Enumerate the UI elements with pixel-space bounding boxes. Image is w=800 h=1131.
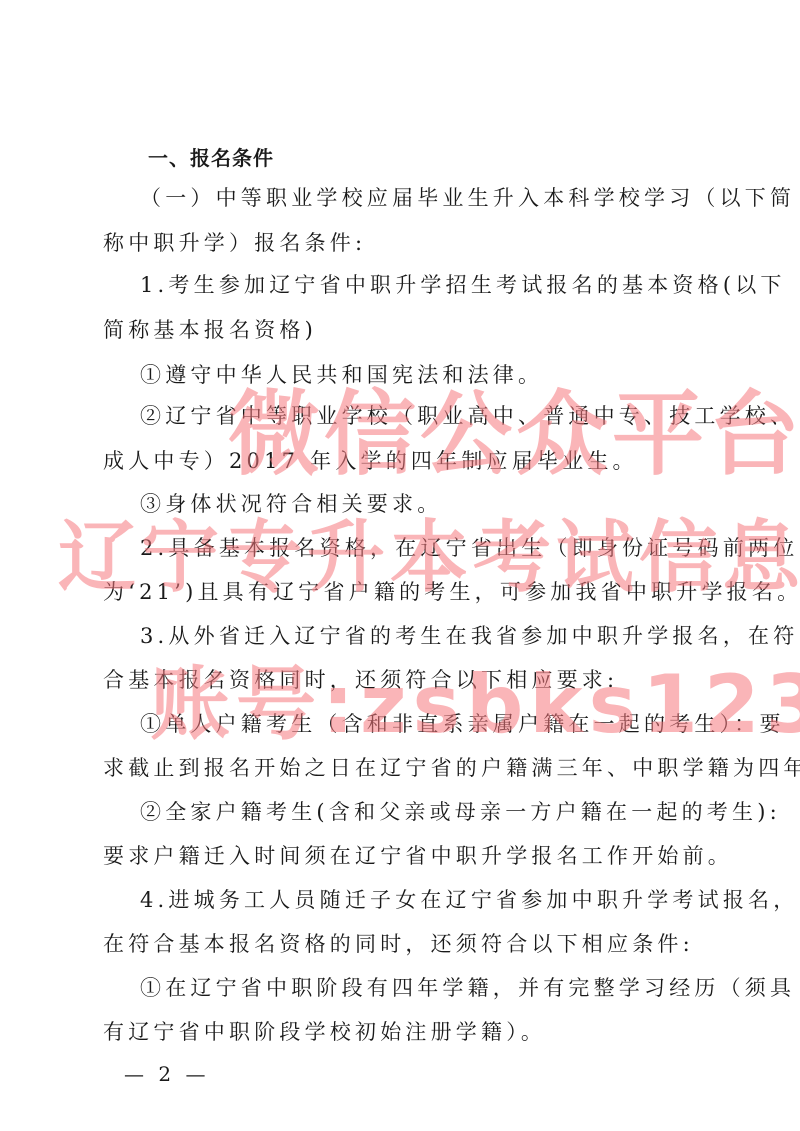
- paragraph-line: 成人中专）2017 年入学的四年制应届毕业生。: [103, 448, 638, 474]
- paragraph-line: 合基本报名资格同时，还须符合以下相应要求:: [103, 667, 618, 693]
- paragraph-line: 3.从外省迁入辽宁省的考生在我省参加中职升学报名，在符: [140, 623, 798, 649]
- paragraph-line: 为‘21’)且具有辽宁省户籍的考生，可参加我省中职升学报名。: [103, 579, 800, 605]
- paragraph-line: ②全家户籍考生(含和父亲或母亲一方户籍在一起的考生):: [140, 799, 781, 825]
- paragraph-line: 4.进城务工人员随迁子女在辽宁省参加中职升学考试报名，: [140, 887, 798, 913]
- section-heading: 一、报名条件: [148, 145, 274, 171]
- paragraph-line: 简称基本报名资格): [103, 317, 317, 343]
- paragraph-line: ①单人户籍考生（含和非直系亲属户籍在一起的考生）：要: [140, 711, 785, 737]
- paragraph-line: ①遵守中华人民共和国宪法和法律。: [140, 362, 543, 388]
- paragraph-line: ①在辽宁省中职阶段有四年学籍，并有完整学习经历（须具: [140, 975, 795, 1001]
- paragraph-line: 1.考生参加辽宁省中职升学招生考试报名的基本资格(以下: [140, 272, 786, 298]
- paragraph-line: （一）中等职业学校应届毕业生升入本科学校学习（以下简: [140, 185, 795, 211]
- paragraph-line: 要求户籍迁入时间须在辽宁省中职升学报名工作开始前。: [103, 843, 733, 869]
- paragraph-line: 称中职升学）报名条件:: [103, 230, 366, 256]
- paragraph-line: 有辽宁省中职阶段学校初始注册学籍）。: [103, 1019, 546, 1045]
- page-number: — 2 —: [124, 1062, 209, 1086]
- paragraph-line: ③身体状况符合相关要求。: [140, 491, 442, 517]
- paragraph-line: ②辽宁省中等职业学校（职业高中、普通中专、技工学校、: [140, 403, 795, 429]
- paragraph-line: 求截止到报名开始之日在辽宁省的户籍满三年、中职学籍为四年。: [103, 755, 800, 781]
- document-page: 一、报名条件 （一）中等职业学校应届毕业生升入本科学校学习（以下简 称中职升学）…: [0, 0, 800, 1131]
- paragraph-line: 在符合基本报名资格的同时，还须符合以下相应条件:: [103, 931, 694, 957]
- paragraph-line: 2.具备基本报名资格，在辽宁省出生（即身份证号码前两位: [140, 535, 798, 561]
